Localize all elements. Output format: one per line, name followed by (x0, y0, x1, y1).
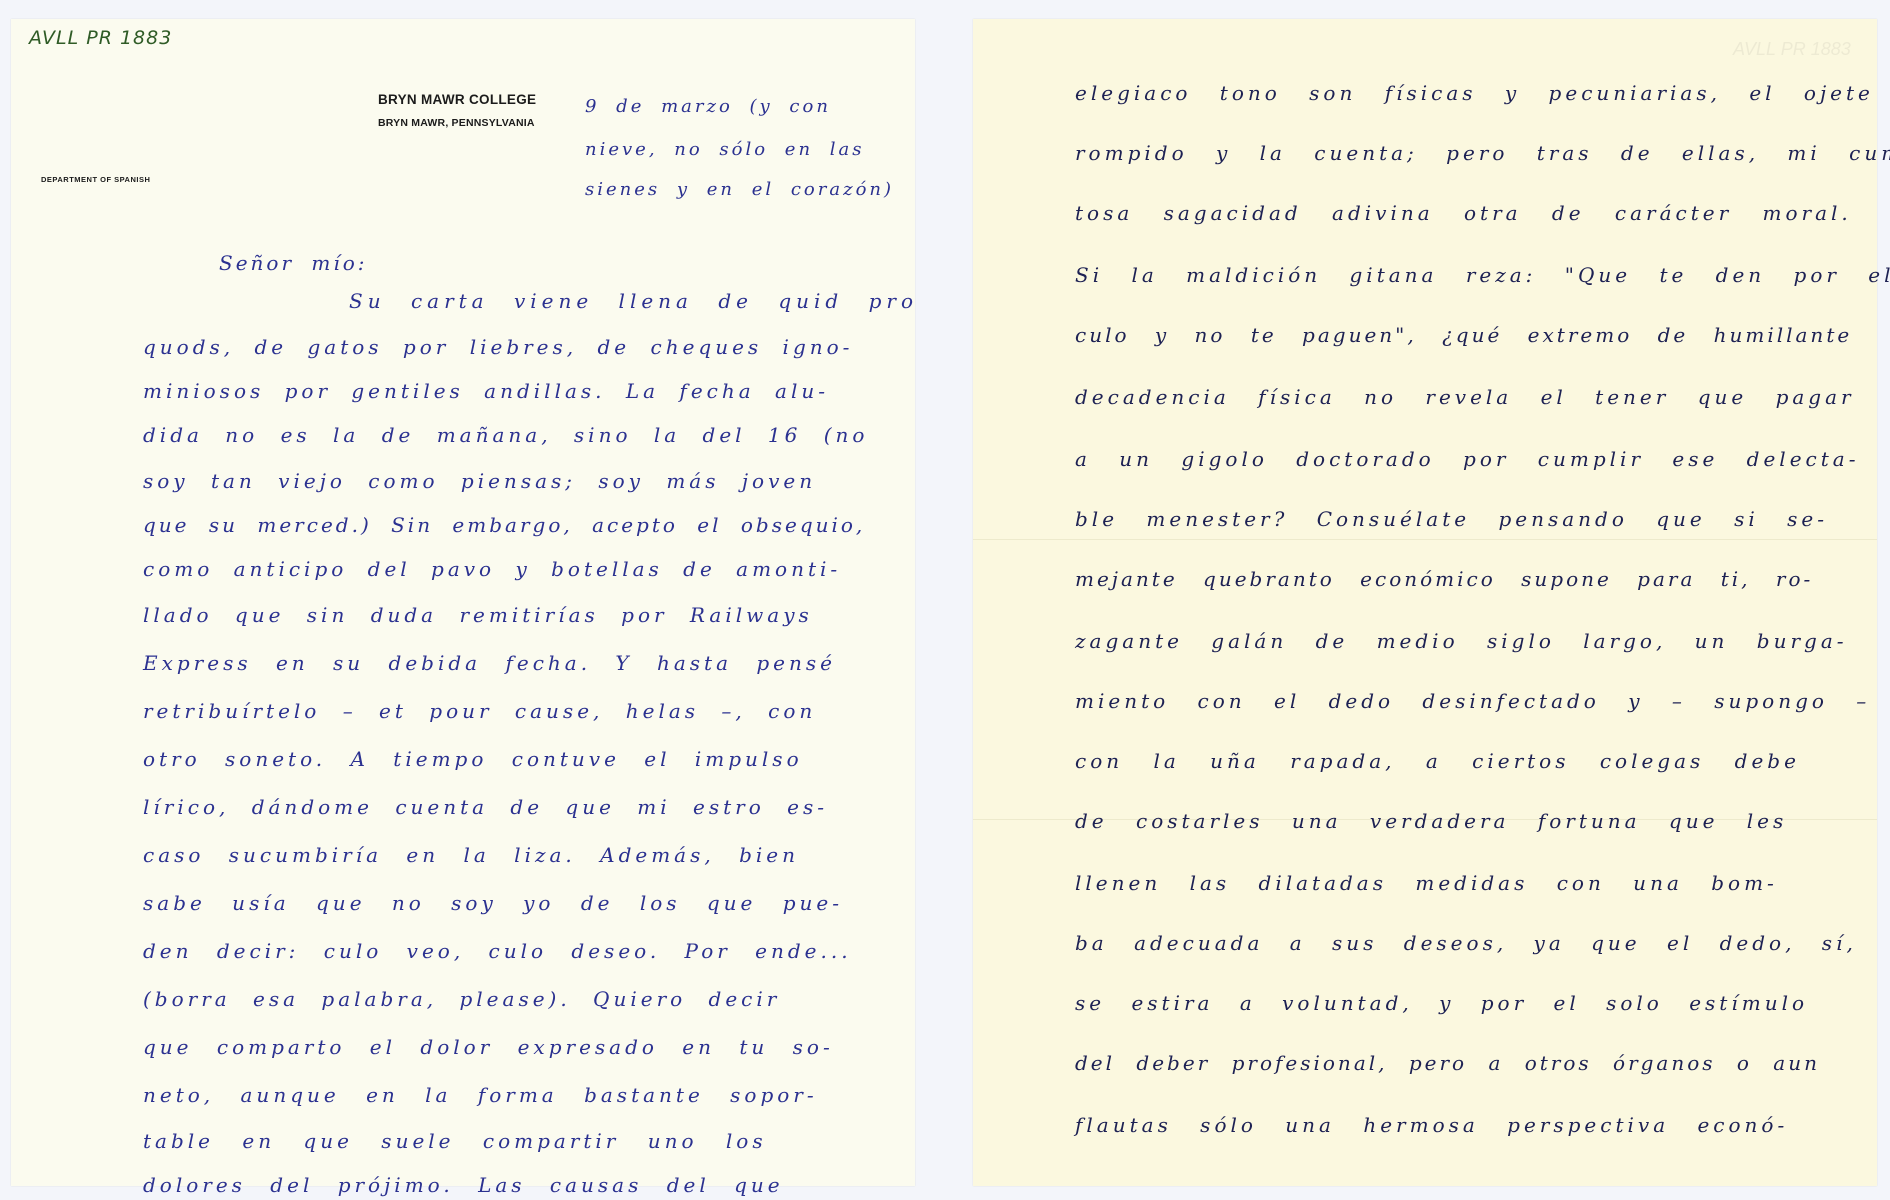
letter-line: Su carta viene llena de quid pro (349, 289, 918, 313)
letter-page-1: AVLL PR 1883 BRYN MAWR COLLEGE BRYN MAWR… (11, 19, 915, 1186)
letter-line: llenen las dilatadas medidas con una bom… (1075, 871, 1778, 895)
archive-reference-note: AVLL PR 1883 (29, 27, 172, 49)
letter-line: Si la maldición gitana reza: "Que te den… (1075, 263, 1890, 287)
letter-line: miniosos por gentiles andillas. La fecha… (143, 379, 829, 403)
letter-line: decadencia física no revela el tener que… (1075, 385, 1855, 409)
letter-line: ba adecuada a sus deseos, ya que el dedo… (1075, 931, 1857, 955)
salutation: Señor mío: (219, 251, 368, 275)
letter-line: table en que suele compartir uno los (143, 1129, 767, 1153)
letterhead-institution: BRYN MAWR COLLEGE (378, 92, 536, 107)
letter-line: rompido y la cuenta; pero tras de ellas,… (1075, 141, 1890, 165)
date-line: nieve, no sólo en las (585, 139, 865, 160)
letter-line: soy tan viejo como piensas; soy más jove… (143, 469, 816, 493)
letter-line: tosa sagacidad adivina otra de carácter … (1075, 201, 1852, 225)
letterhead-department: DEPARTMENT OF SPANISH (41, 175, 150, 184)
letter-line: ble menester? Consuélate pensando que si… (1075, 507, 1828, 531)
letter-line: Express en su debida fecha. Y hasta pens… (143, 651, 836, 675)
letter-line: zagante galán de medio siglo largo, un b… (1075, 629, 1848, 653)
letter-page-2: AVLL PR 1883 elegiaco tono son físicas y… (973, 19, 1877, 1186)
letter-line: culo y no te paguen", ¿qué extremo de hu… (1075, 323, 1852, 347)
letter-line: llado que sin duda remitirías por Railwa… (143, 603, 813, 627)
letter-line: de costarles una verdadera fortuna que l… (1075, 809, 1787, 833)
letter-line: den decir: culo veo, culo deseo. Por end… (143, 939, 852, 963)
letter-line: del deber profesional, pero a otros órga… (1075, 1051, 1820, 1075)
letter-line: miento con el dedo desinfectado y – supo… (1075, 689, 1870, 713)
letter-line: a un gigolo doctorado por cumplir ese de… (1075, 447, 1859, 471)
letter-line: dolores del prójimo. Las causas del que (143, 1173, 784, 1197)
date-line: sienes y en el corazón) (585, 179, 894, 200)
letter-line: como anticipo del pavo y botellas de amo… (143, 557, 841, 581)
paper-fold (973, 539, 1877, 540)
letterhead-address: BRYN MAWR, PENNSYLVANIA (378, 117, 535, 129)
letter-line: dida no es la de mañana, sino la del 16 … (143, 423, 868, 447)
letter-line: flautas sólo una hermosa perspectiva eco… (1075, 1113, 1788, 1137)
letter-line: que comparto el dolor expresado en tu so… (143, 1035, 834, 1059)
letter-line: lírico, dándome cuenta de que mi estro e… (143, 795, 828, 819)
letter-line: neto, aunque en la forma bastante sopor- (143, 1083, 818, 1107)
letter-line: quods, de gatos por liebres, de cheques … (143, 335, 853, 359)
letter-line: otro soneto. A tiempo contuve el impulso (143, 747, 803, 771)
letter-line: elegiaco tono son físicas y pecuniarias,… (1075, 81, 1874, 105)
letter-line: sabe usía que no soy yo de los que pue- (143, 891, 843, 915)
letter-line: (borra esa palabra, please). Quiero deci… (143, 987, 780, 1011)
letter-line: caso sucumbiría en la liza. Además, bien (143, 843, 799, 867)
ghost-archive-note: AVLL PR 1883 (1733, 39, 1851, 60)
letter-line: mejante quebranto económico supone para … (1075, 567, 1813, 591)
letter-line: con la uña rapada, a ciertos colegas deb… (1075, 749, 1800, 773)
letter-line: se estira a voluntad, y por el solo estí… (1075, 991, 1808, 1015)
letter-line: que su merced.) Sin embargo, acepto el o… (143, 513, 865, 537)
letter-line: retribuírtelo – et pour cause, helas –, … (143, 699, 816, 723)
date-line: 9 de marzo (y con (585, 96, 831, 117)
